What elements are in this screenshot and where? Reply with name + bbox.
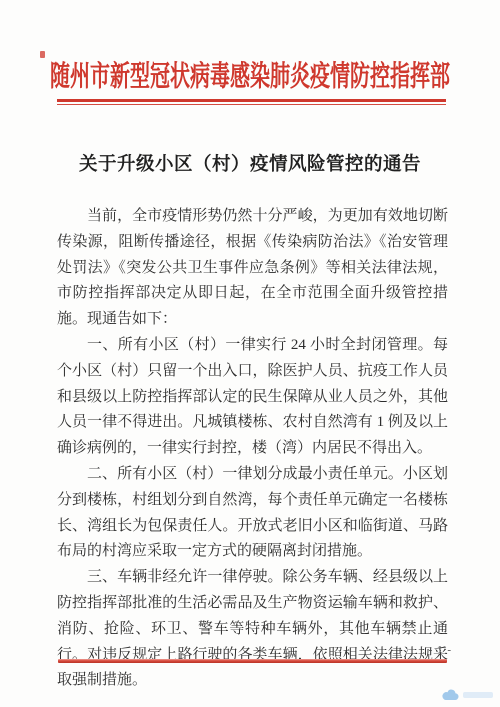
paragraph-item-3: 三、车辆非经允许一律停驶。除公务车辆、经县级以上防控指挥部批准的生活必需品及生产… — [57, 565, 448, 694]
watermark-text-smudge — [463, 692, 493, 698]
paragraph-item-1: 一、所有小区（村）一律实行 24 小时全封闭管理。每个小区（村）只留一个出入口，… — [57, 333, 448, 462]
scanned-notice-page: 随州市新型冠状病毒感染肺炎疫情防控指挥部 关于升级小区（村）疫情风险管控的通告 … — [0, 0, 500, 707]
divider-thick-line — [57, 99, 446, 102]
paragraph-intro: 当前，全市疫情形势仍然十分严峻，为更加有效地切断传染源，阻断传播途径，根据《传染… — [57, 204, 448, 333]
watermark — [442, 688, 493, 701]
cloud-icon — [442, 688, 459, 701]
paragraph-item-2: 二、所有小区（村）一律划分成最小责任单元。小区划分到楼栋，村组划分到自然湾，每个… — [57, 462, 448, 565]
bottom-rule — [58, 659, 447, 663]
page-number: - 1 - — [429, 644, 452, 656]
letterhead-divider — [57, 99, 446, 105]
letterhead-org-name: 随州市新型冠状病毒感染肺炎疫情防控指挥部 — [0, 49, 500, 106]
document-body: 当前，全市疫情形势仍然十分严峻，为更加有效地切断传染源，阻断传播途径，根据《传染… — [57, 204, 448, 694]
document-title: 关于升级小区（村）疫情风险管控的通告 — [0, 150, 500, 176]
divider-thin-line — [57, 104, 446, 105]
